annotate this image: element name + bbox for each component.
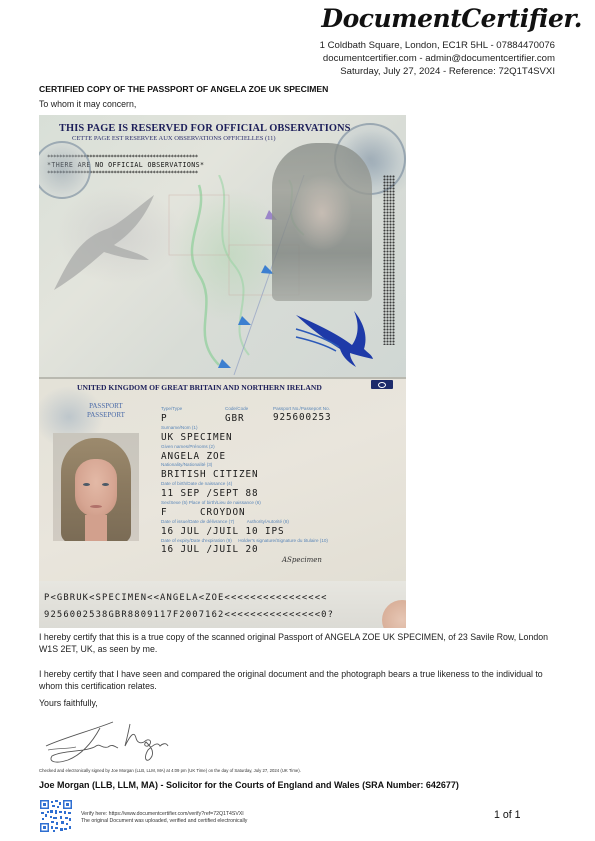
- sex-pob-label: Sex/Sexe (5) Place of birth/Lieu de nais…: [161, 500, 261, 505]
- holder-signature: ASpecimen: [282, 556, 322, 564]
- passport-label: PASSPORT PASSEPORT: [87, 402, 125, 420]
- signed-note: Checked and electronically signed by Joe…: [39, 768, 301, 773]
- expiry-label: Date of expiry/Date d'expiration (9) Hol…: [161, 538, 328, 543]
- certification-paragraph-1: I hereby certify that this is a true cop…: [39, 631, 559, 655]
- nationality-label: Nationality/Nationalité (3): [161, 462, 212, 467]
- gull-illustration: [49, 190, 159, 300]
- page-divider: [39, 377, 406, 379]
- certification-paragraph-2: I hereby certify that I have seen and co…: [39, 668, 559, 692]
- verification-qr-code[interactable]: [39, 799, 73, 833]
- mrz-line-1: P<GBRUK<SPECIMEN<<ANGELA<ZOE<<<<<<<<<<<<…: [44, 593, 328, 603]
- passport-scan-image: THIS PAGE IS RESERVED FOR OFFICIAL OBSER…: [39, 115, 406, 628]
- surname-value: UK SPECIMEN: [161, 432, 232, 443]
- document-title: CERTIFIED COPY OF THE PASSPORT OF ANGELA…: [39, 84, 328, 94]
- observations-title: THIS PAGE IS RESERVED FOR OFFICIAL OBSER…: [59, 123, 351, 134]
- passport-number-label: Passport No./Passeport No.: [273, 406, 330, 411]
- verification-info: Verify here: https://www.documentcertifi…: [81, 811, 247, 825]
- passport-number-value: 925600253: [273, 412, 331, 423]
- solicitor-name: Joe Morgan (LLB, LLM, MA) - Solicitor fo…: [39, 780, 459, 790]
- dob-value: 11 SEP /SEPT 88: [161, 488, 258, 499]
- code-value: GBR: [225, 413, 245, 424]
- type-value: P: [161, 413, 168, 424]
- closing: Yours faithfully,: [39, 698, 98, 708]
- company-address: 1 Coldbath Square, London, EC1R 5HL - 07…: [320, 39, 555, 52]
- date-reference: Saturday, July 27, 2024 - Reference: 72Q…: [340, 65, 555, 78]
- greeting: To whom it may concern,: [39, 99, 136, 109]
- solicitor-signature: [38, 716, 178, 768]
- given-names-label: Given names/Prénoms (2): [161, 444, 215, 449]
- country-title: UNITED KINGDOM OF GREAT BRITAIN AND NORT…: [77, 383, 322, 392]
- verify-link[interactable]: Verify here: https://www.documentcertifi…: [81, 811, 247, 818]
- passport-label-en: PASSPORT: [87, 402, 125, 411]
- page-number: 1 of 1: [494, 809, 521, 821]
- issue-value: 16 JUL /JUIL 10 IPS: [161, 526, 284, 537]
- holder-photo: [53, 433, 139, 541]
- ghost-portrait: [272, 143, 372, 301]
- observations-subtitle: CETTE PAGE EST RESERVEE AUX OBSERVATIONS…: [72, 135, 276, 142]
- surname-label: Surname/Nom (1): [161, 425, 198, 430]
- sex-pob-value: F CROYDON: [161, 507, 245, 518]
- type-label: Type/Type: [161, 406, 182, 411]
- swallow-illustration: [294, 307, 374, 367]
- passport-label-fr: PASSEPORT: [87, 411, 125, 420]
- perforated-number: [383, 175, 395, 345]
- nationality-value: BRITISH CITIZEN: [161, 469, 258, 480]
- company-contact: documentcertifier.com - admin@documentce…: [323, 52, 555, 65]
- brand-logo: DocumentCertifier.: [321, 4, 582, 33]
- biometric-chip-icon: [371, 380, 393, 389]
- upload-note: The original Document was uploaded, veri…: [81, 818, 247, 825]
- given-names-value: ANGELA ZOE: [161, 451, 226, 462]
- dob-label: Date of birth/Date de naissance (4): [161, 481, 232, 486]
- issue-label: Date of issue/Date de délivrance (7) Aut…: [161, 519, 289, 524]
- expiry-value: 16 JUL /JUIL 20: [161, 544, 258, 555]
- code-label: Code/Code: [225, 406, 248, 411]
- mrz-line-2: 9256002538GBR8809117F2007162<<<<<<<<<<<<…: [44, 610, 334, 620]
- mrz-zone: [39, 581, 406, 628]
